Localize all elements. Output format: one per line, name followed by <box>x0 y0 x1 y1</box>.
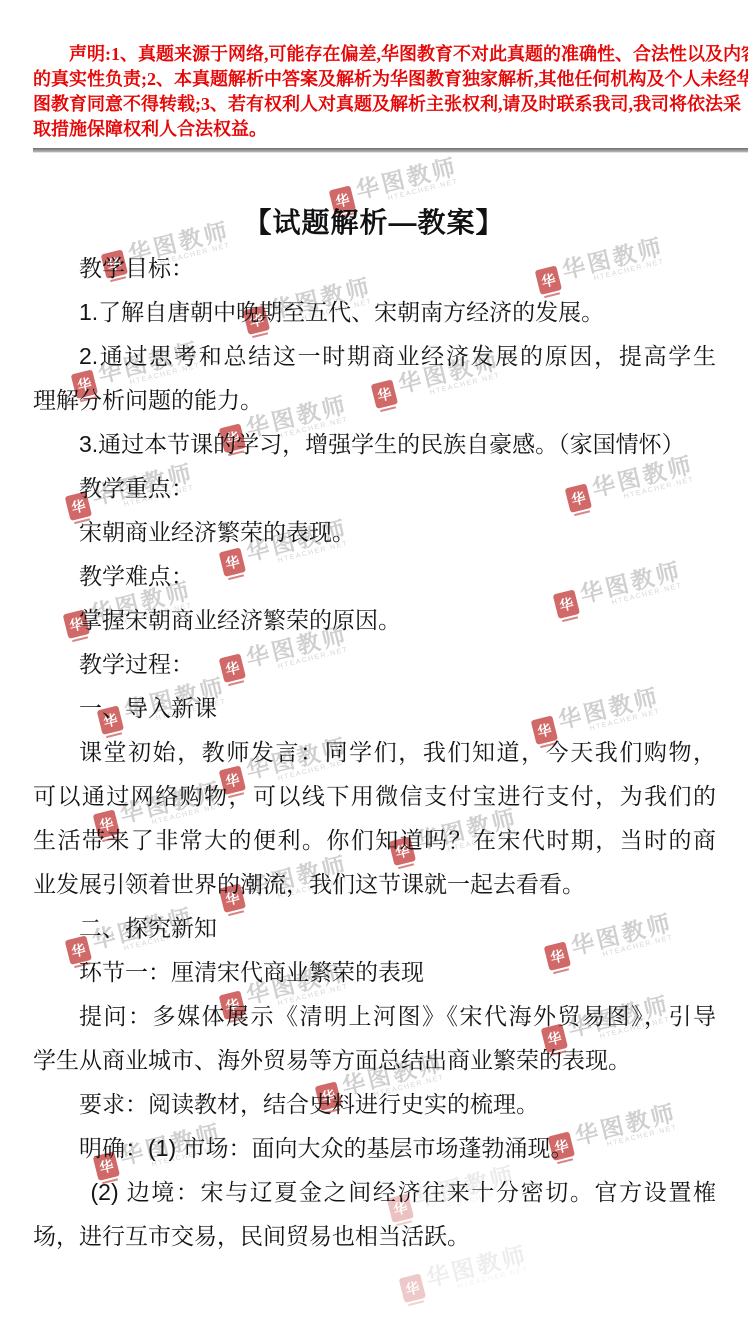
disclaimer-line: 声明:1、真题来源于网络,可能存在偏差,华图教育不对此真题的准确性、合法性以及内… <box>33 42 716 67</box>
document-body: 教学目标： 1.了解自唐朝中晚期至五代、宋朝南方经济的发展。 2.通过思考和总结… <box>33 246 716 1258</box>
page-title: 【试题解析—教案】 <box>0 203 748 243</box>
disclaimer-line: 的真实性负责;2、本真题解析中答案及解析为华图教育独家解析,其他任何机构及个人未… <box>33 67 716 92</box>
body-line: 要求：阅读教材，结合史料进行史实的梳理。 <box>33 1082 716 1126</box>
disclaimer-line: 图教育同意不得转载;3、若有权利人对真题及解析主张权利,请及时联系我司,我司将依… <box>33 92 716 117</box>
body-line: 场，进行互市交易，民间贸易也相当活跃。 <box>33 1214 716 1258</box>
body-line: 教学难点： <box>33 554 716 598</box>
huatu-logo-icon: 华 <box>399 1273 426 1303</box>
body-line: 二、探究新知 <box>33 906 716 950</box>
body-line: 1.了解自唐朝中晚期至五代、宋朝南方经济的发展。 <box>33 290 716 334</box>
body-line: 课堂初始，教师发言：同学们，我们知道，今天我们购物， <box>33 730 716 774</box>
watermark-caption-bar <box>408 1300 424 1306</box>
watermark-site-url: HTEACHER.NET <box>429 1265 532 1297</box>
body-line: 宋朝商业经济繁荣的表现。 <box>33 510 716 554</box>
body-line: 可以通过网络购物，可以线下用微信支付宝进行支付，为我们的 <box>33 774 716 818</box>
disclaimer-text: 1、真题来源于网络,可能存在偏差,华图教育不对此真题的准确性、合法性以及内容 <box>111 44 748 64</box>
body-line: 学生从商业城市、海外贸易等方面总结出商业繁荣的表现。 <box>33 1038 716 1082</box>
document-page: 华 华图教师 HTEACHER.NET 华 华图教师 HTEACHER.NET <box>0 0 748 1335</box>
body-line: 业发展引领着世界的潮流，我们这节课就一起去看看。 <box>33 862 716 906</box>
body-line: 理解分析问题的能力。 <box>33 378 716 422</box>
disclaimer-line: 取措施保障权利人合法权益。 <box>33 117 716 142</box>
body-line: 掌握宋朝商业经济繁荣的原因。 <box>33 598 716 642</box>
body-line: 一、导入新课 <box>33 686 716 730</box>
body-line: 教学重点： <box>33 466 716 510</box>
body-line: 明确：(1) 市场：面向大众的基层市场蓬勃涌现。 <box>33 1126 716 1170</box>
body-line: 2.通过思考和总结这一时期商业经济发展的原因，提高学生 <box>33 334 716 378</box>
watermark-logo: 华 <box>399 1273 427 1306</box>
body-line: 教学目标： <box>33 246 716 290</box>
body-line: (2) 边境：宋与辽夏金之间经济往来十分密切。官方设置榷 <box>33 1170 716 1214</box>
watermark-brand-name: 华图教师 <box>352 148 461 205</box>
disclaimer: 声明:1、真题来源于网络,可能存在偏差,华图教育不对此真题的准确性、合法性以及内… <box>33 42 716 142</box>
body-line: 3.通过本节课的学习，增强学生的民族自豪感。（家国情怀） <box>33 422 716 466</box>
disclaimer-label: 声明: <box>69 44 111 64</box>
body-line: 提问：多媒体展示《清明上河图》《宋代海外贸易图》，引导 <box>33 994 716 1038</box>
body-line: 生活带来了非常大的便利。你们知道吗？在宋代时期，当时的商 <box>33 818 716 862</box>
body-line: 教学过程： <box>33 642 716 686</box>
divider <box>33 148 748 153</box>
body-line: 环节一：厘清宋代商业繁荣的表现 <box>33 950 716 994</box>
